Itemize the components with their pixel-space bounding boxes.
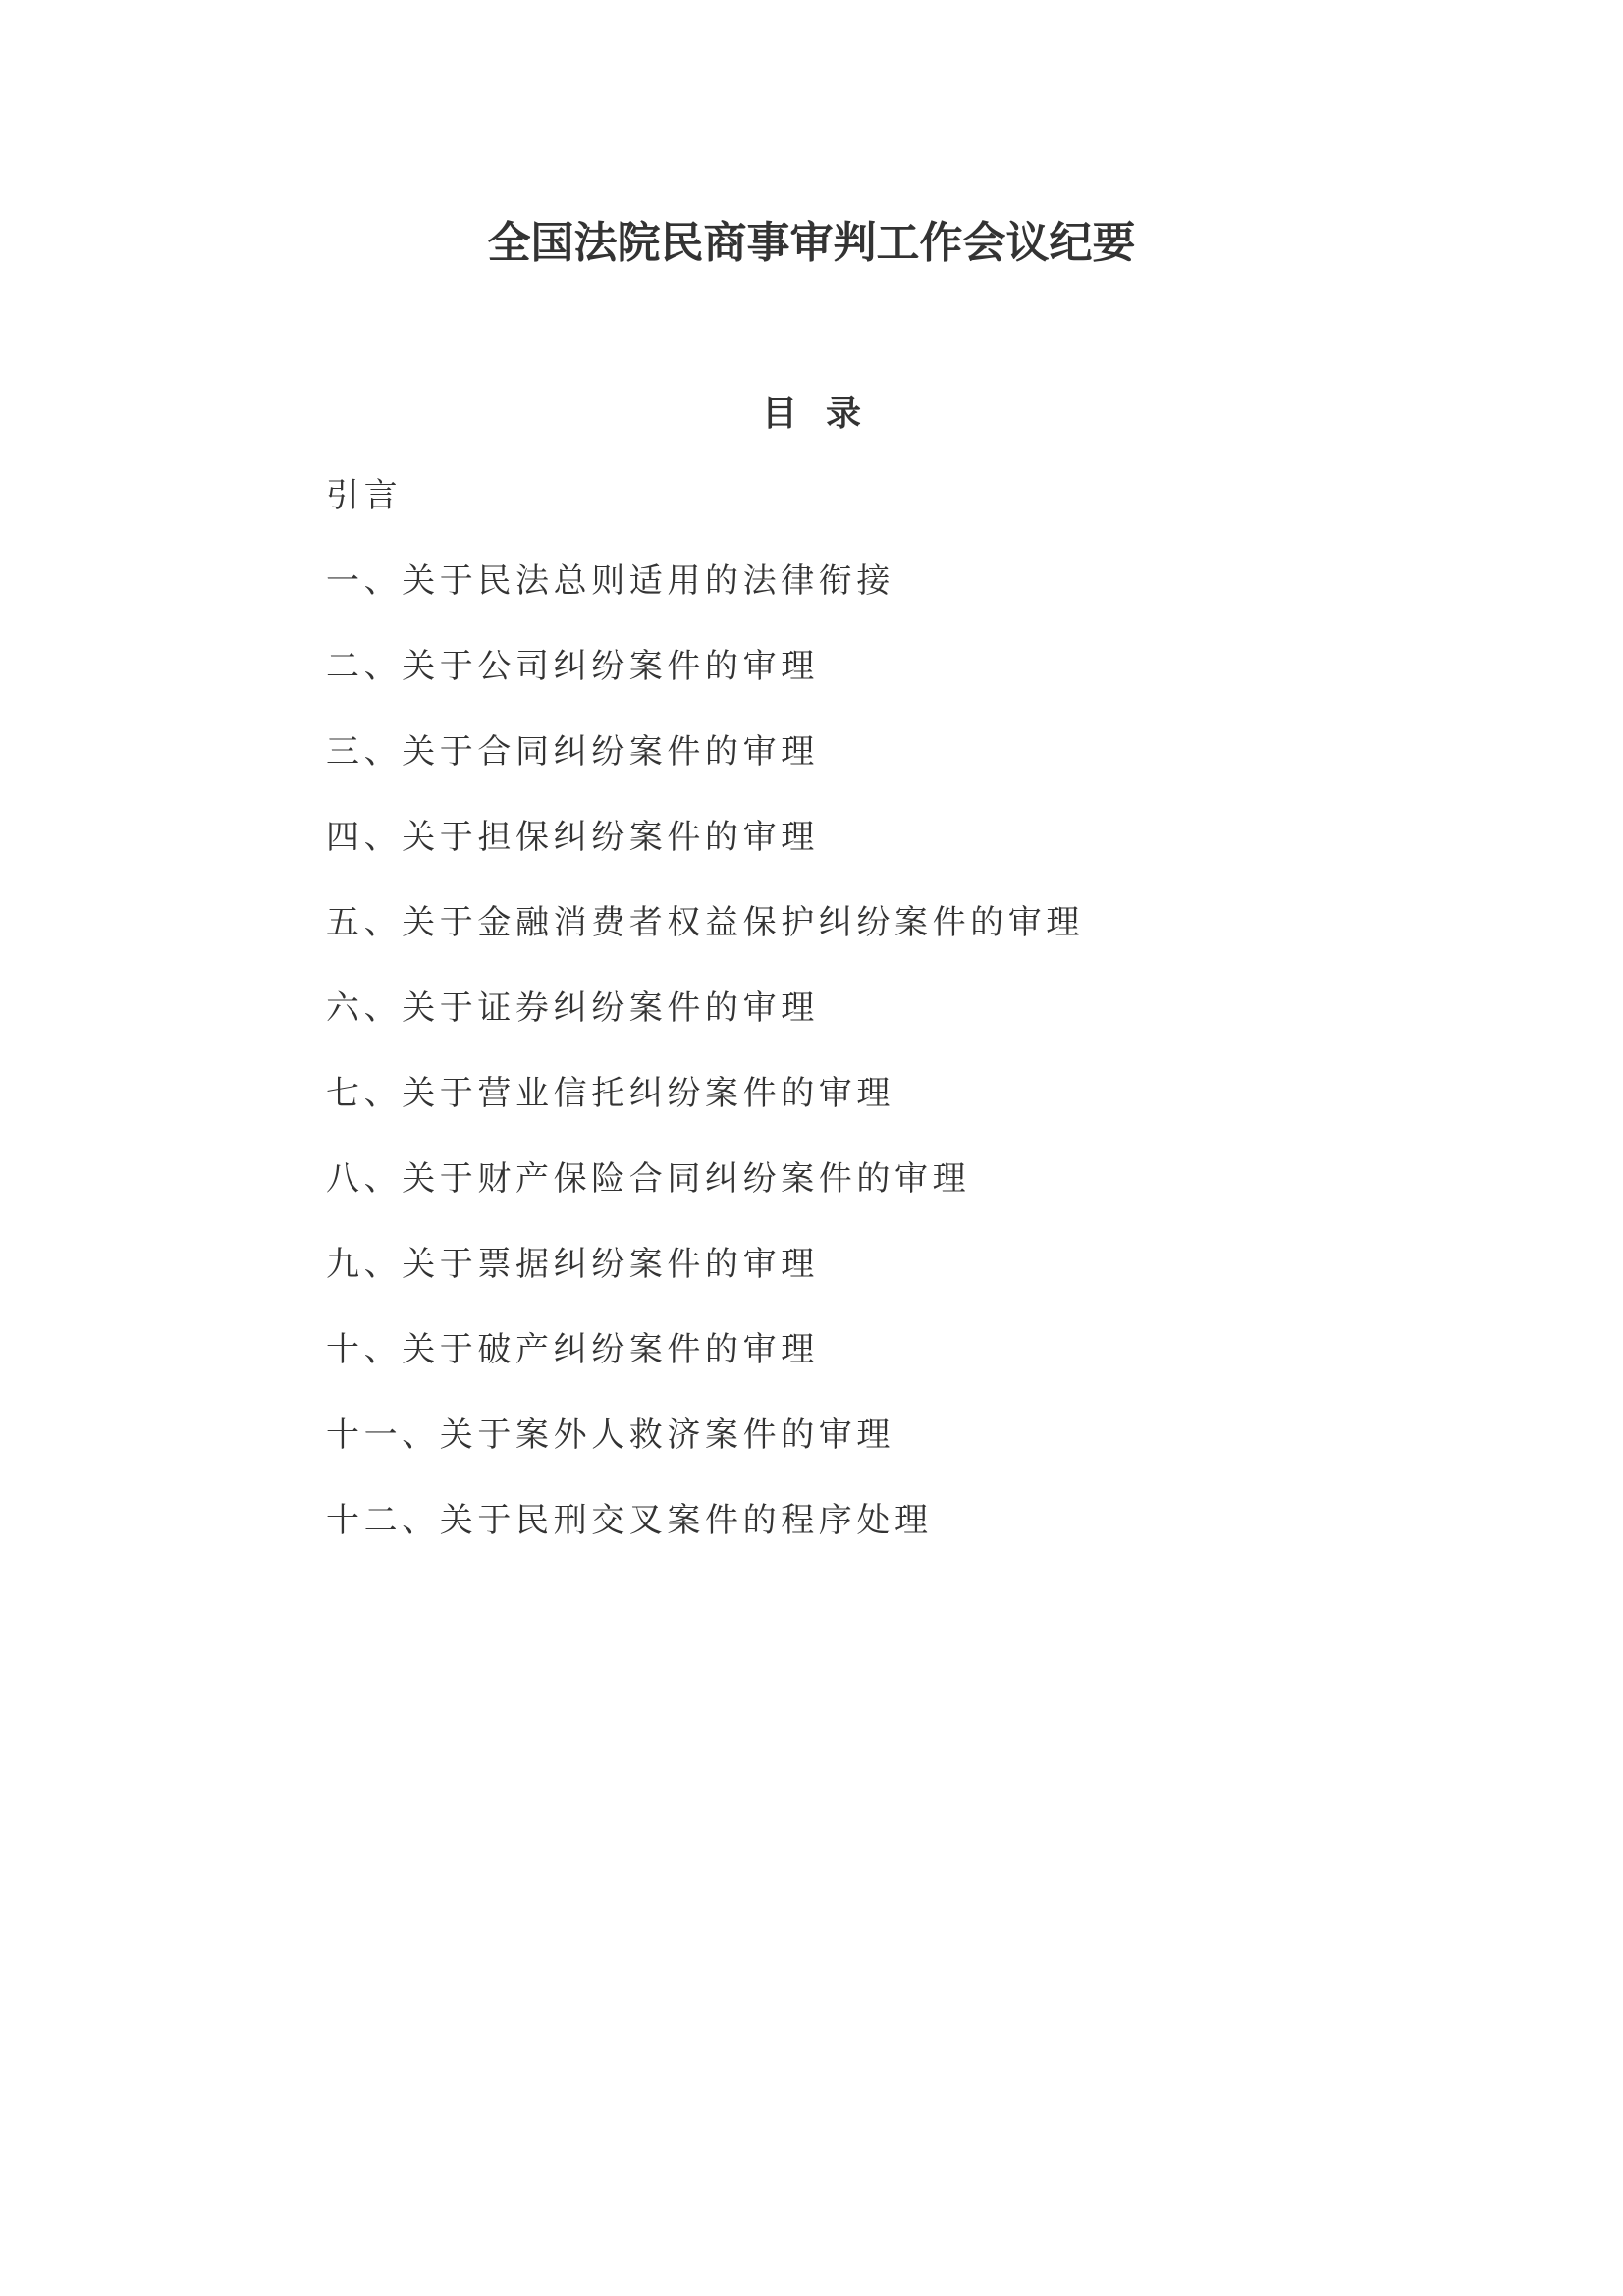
toc-item-5: 五、关于金融消费者权益保护纠纷案件的审理 [326, 881, 1084, 966]
table-of-contents: 引言 一、关于民法总则适用的法律衔接 二、关于公司纠纷案件的审理 三、关于合同纠… [326, 454, 1084, 1564]
document-page: 全国法院民商事审判工作会议纪要 目录 引言 一、关于民法总则适用的法律衔接 二、… [0, 0, 1623, 2296]
toc-item-9: 九、关于票据纠纷案件的审理 [326, 1222, 1084, 1308]
toc-item-1: 一、关于民法总则适用的法律衔接 [326, 539, 1084, 624]
toc-item-2: 二、关于公司纠纷案件的审理 [326, 624, 1084, 710]
toc-item-11: 十一、关于案外人救济案件的审理 [326, 1393, 1084, 1478]
toc-item-8: 八、关于财产保险合同纠纷案件的审理 [326, 1137, 1084, 1222]
toc-item-introduction: 引言 [326, 454, 1084, 539]
toc-item-3: 三、关于合同纠纷案件的审理 [326, 710, 1084, 795]
toc-heading: 目录 [0, 393, 1623, 436]
toc-item-10: 十、关于破产纠纷案件的审理 [326, 1308, 1084, 1393]
toc-heading-char-2: 录 [826, 393, 861, 436]
document-title: 全国法院民商事审判工作会议纪要 [0, 218, 1623, 269]
toc-item-12: 十二、关于民刑交叉案件的程序处理 [326, 1478, 1084, 1564]
toc-item-7: 七、关于营业信托纠纷案件的审理 [326, 1051, 1084, 1137]
toc-item-4: 四、关于担保纠纷案件的审理 [326, 795, 1084, 881]
toc-heading-char-1: 目 [762, 393, 797, 436]
toc-item-6: 六、关于证券纠纷案件的审理 [326, 966, 1084, 1051]
